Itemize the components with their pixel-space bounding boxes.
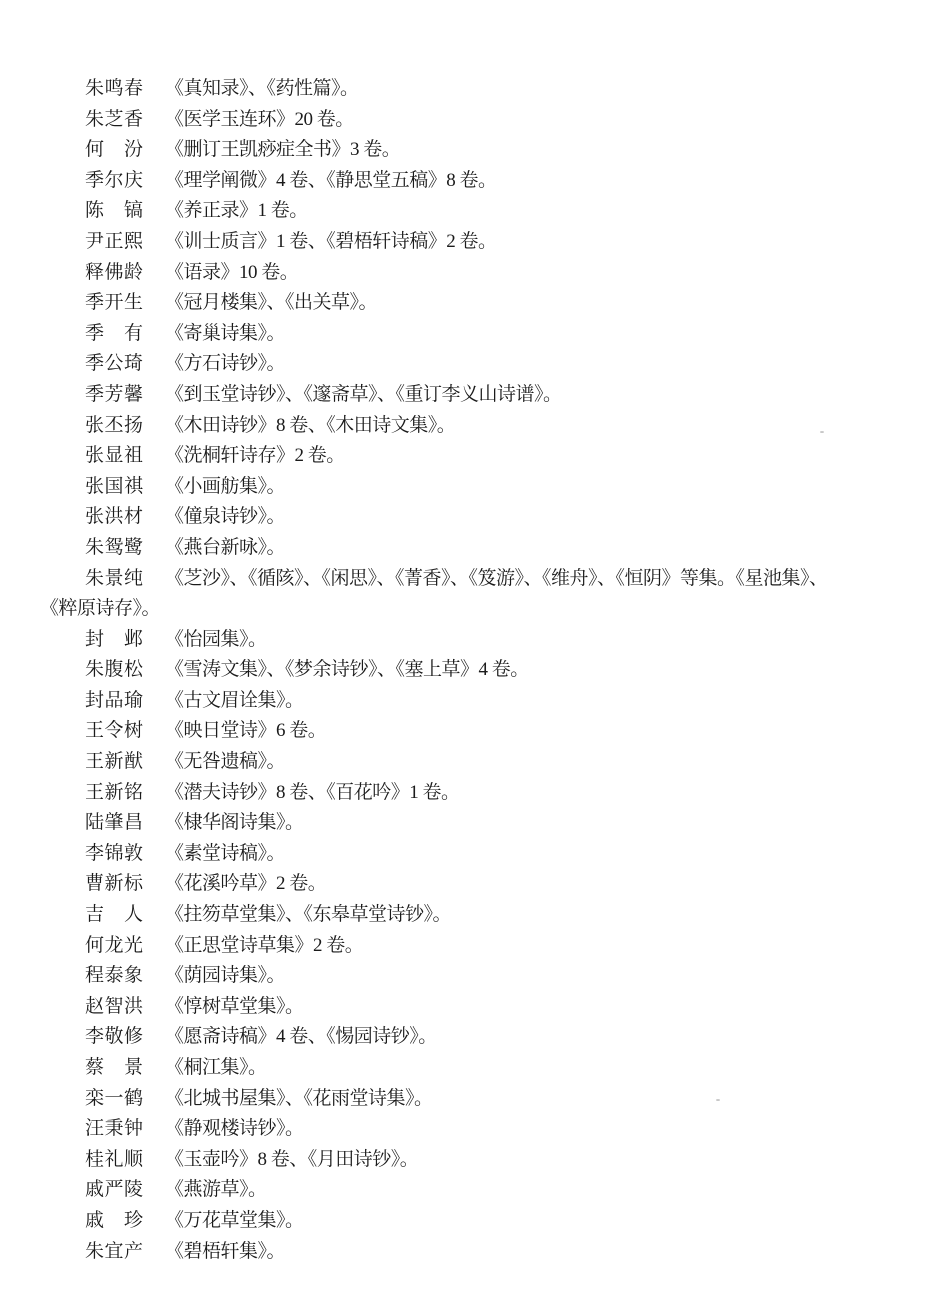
- works-list: 《怡园集》。: [165, 625, 900, 656]
- works-list: 《古文眉诠集》。: [165, 686, 900, 717]
- works-list: 《拄笏草堂集》、《东皋草堂诗钞》。: [165, 900, 900, 931]
- author-name: 张洪材: [40, 502, 165, 533]
- author-name: 尹正熙: [40, 227, 165, 258]
- bibliography-entry: 王新铭 《潜夫诗钞》8 卷、《百花吟》1 卷。: [40, 778, 900, 809]
- bibliography-entry: 季开生 《冠月楼集》、《出关草》。: [40, 288, 900, 319]
- bibliography-entry: 程泰象 《荫园诗集》。: [40, 961, 900, 992]
- author-name: 季尔庆: [40, 166, 165, 197]
- bibliography-entry: 季公琦 《方石诗钞》。: [40, 349, 900, 380]
- bibliography-entry: 李锦敦 《素堂诗稿》。: [40, 839, 900, 870]
- author-name: 戚 珍: [40, 1206, 165, 1237]
- bibliography-entry: 张丕扬 《木田诗钞》8 卷、《木田诗文集》。: [40, 411, 900, 442]
- author-name: 戚严陵: [40, 1175, 165, 1206]
- author-name: 季开生: [40, 288, 165, 319]
- author-name: 王新铭: [40, 778, 165, 809]
- scan-artifact: [716, 1099, 720, 1101]
- works-list: 《到玉堂诗钞》、《邃斋草》、《重订李义山诗谱》。: [165, 380, 900, 411]
- author-name: 季公琦: [40, 349, 165, 380]
- author-name: 何龙光: [40, 931, 165, 962]
- works-list: 《潜夫诗钞》8 卷、《百花吟》1 卷。: [165, 778, 900, 809]
- author-name: 朱鸣春: [40, 74, 165, 105]
- author-name: 何 汾: [40, 135, 165, 166]
- bibliography-entry: 戚 珍 《万花草堂集》。: [40, 1206, 900, 1237]
- bibliography-entry: 朱鸳鹭 《燕台新咏》。: [40, 533, 900, 564]
- works-list: 《寄巢诗集》。: [165, 319, 900, 350]
- bibliography-entry: 季尔庆 《理学阐微》4 卷、《静思堂五稿》8 卷。: [40, 166, 900, 197]
- works-list: 《荫园诗集》。: [165, 961, 900, 992]
- works-list: 《惇树草堂集》。: [165, 992, 900, 1023]
- bibliography-list: 朱鸣春 《真知录》、《药性篇》。 朱芝香 《医学玉连环》20 卷。 何 汾 《删…: [40, 74, 900, 1267]
- bibliography-entry: 栾一鹤 《北城书屋集》、《花雨堂诗集》。: [40, 1084, 900, 1115]
- works-list: 《映日堂诗》6 卷。: [165, 716, 900, 747]
- bibliography-entry: 李敬修 《愿斋诗稿》4 卷、《惕园诗钞》。: [40, 1022, 900, 1053]
- author-name: 张国祺: [40, 472, 165, 503]
- bibliography-entry: 封 邺 《怡园集》。: [40, 625, 900, 656]
- bibliography-entry: 何 汾 《删订王凯痧症全书》3 卷。: [40, 135, 900, 166]
- bibliography-entry: 陆肇昌 《棣华阁诗集》。: [40, 808, 900, 839]
- works-list: 《冠月楼集》、《出关草》。: [165, 288, 900, 319]
- author-name: 朱芝香: [40, 105, 165, 136]
- author-name: 季 有: [40, 319, 165, 350]
- author-name: 陆肇昌: [40, 808, 165, 839]
- works-list: 《棣华阁诗集》。: [165, 808, 900, 839]
- bibliography-entry: 张国祺 《小画舫集》。: [40, 472, 900, 503]
- bibliography-entry: 张显祖 《洗桐轩诗存》2 卷。: [40, 441, 900, 472]
- author-name: 朱鸳鹭: [40, 533, 165, 564]
- bibliography-entry: 张洪材 《僮泉诗钞》。: [40, 502, 900, 533]
- works-list: 《僮泉诗钞》。: [165, 502, 900, 533]
- bibliography-entry: 何龙光 《正思堂诗草集》2 卷。: [40, 931, 900, 962]
- author-name: 程泰象: [40, 961, 165, 992]
- bibliography-entry: 王令树 《映日堂诗》6 卷。: [40, 716, 900, 747]
- works-list: 《无咎遗稿》。: [165, 747, 900, 778]
- bibliography-entry: 曹新标 《花溪吟草》2 卷。: [40, 869, 900, 900]
- works-list: 《训士质言》1 卷、《碧梧轩诗稿》2 卷。: [165, 227, 900, 258]
- bibliography-entry: 赵智洪 《惇树草堂集》。: [40, 992, 900, 1023]
- bibliography-entry: 朱宜产 《碧梧轩集》。: [40, 1237, 900, 1268]
- author-name: 释佛龄: [40, 258, 165, 289]
- works-list: 《洗桐轩诗存》2 卷。: [165, 441, 900, 472]
- author-name: 李锦敦: [40, 839, 165, 870]
- works-list: 《木田诗钞》8 卷、《木田诗文集》。: [165, 411, 900, 442]
- author-name: 赵智洪: [40, 992, 165, 1023]
- author-name: 朱腹松: [40, 655, 165, 686]
- works-list: 《北城书屋集》、《花雨堂诗集》。: [165, 1084, 900, 1115]
- works-list: 《正思堂诗草集》2 卷。: [165, 931, 900, 962]
- bibliography-entry: 朱鸣春 《真知录》、《药性篇》。: [40, 74, 900, 105]
- works-list: 《素堂诗稿》。: [165, 839, 900, 870]
- author-name: 曹新标: [40, 869, 165, 900]
- works-list: 《静观楼诗钞》。: [165, 1114, 900, 1145]
- bibliography-entry: 季芳馨 《到玉堂诗钞》、《邃斋草》、《重订李义山诗谱》。: [40, 380, 900, 411]
- bibliography-entry: 吉 人 《拄笏草堂集》、《东皋草堂诗钞》。: [40, 900, 900, 931]
- bibliography-entry: 季 有 《寄巢诗集》。: [40, 319, 900, 350]
- bibliography-entry: 戚严陵 《燕游草》。: [40, 1175, 900, 1206]
- works-list: 《小画舫集》。: [165, 472, 900, 503]
- works-list: 《方石诗钞》。: [165, 349, 900, 380]
- bibliography-entry: 朱芝香 《医学玉连环》20 卷。: [40, 105, 900, 136]
- works-list: 《芝沙》、《循陔》、《闲思》、《菁香》、《笈游》、《维舟》、《恒阴》等集。《星池…: [165, 564, 900, 595]
- author-name: 张显祖: [40, 441, 165, 472]
- bibliography-entry: 王新猷 《无咎遗稿》。: [40, 747, 900, 778]
- works-list: 《删订王凯痧症全书》3 卷。: [165, 135, 900, 166]
- author-name: 桂礼顺: [40, 1145, 165, 1176]
- bibliography-entry: 释佛龄 《语录》10 卷。: [40, 258, 900, 289]
- bibliography-entry: 朱腹松 《雪涛文集》、《梦余诗钞》、《塞上草》4 卷。: [40, 655, 900, 686]
- works-list: 《语录》10 卷。: [165, 258, 900, 289]
- bibliography-entry: 陈 镐 《养正录》1 卷。: [40, 196, 900, 227]
- author-name: 张丕扬: [40, 411, 165, 442]
- bibliography-entry: 朱景纯 《芝沙》、《循陔》、《闲思》、《菁香》、《笈游》、《维舟》、《恒阴》等集…: [40, 564, 900, 595]
- bibliography-entry: 汪秉钟 《静观楼诗钞》。: [40, 1114, 900, 1145]
- author-name: 栾一鹤: [40, 1084, 165, 1115]
- works-list: 《燕台新咏》。: [165, 533, 900, 564]
- works-list: 《理学阐微》4 卷、《静思堂五稿》8 卷。: [165, 166, 900, 197]
- scan-artifact: [820, 431, 824, 433]
- works-list: 《万花草堂集》。: [165, 1206, 900, 1237]
- author-name: 陈 镐: [40, 196, 165, 227]
- author-name: 封品瑜: [40, 686, 165, 717]
- works-list: 《碧梧轩集》。: [165, 1237, 900, 1268]
- works-list: 《玉壶吟》8 卷、《月田诗钞》。: [165, 1145, 900, 1176]
- author-name: 汪秉钟: [40, 1114, 165, 1145]
- author-name: 季芳馨: [40, 380, 165, 411]
- works-list: 《雪涛文集》、《梦余诗钞》、《塞上草》4 卷。: [165, 655, 900, 686]
- bibliography-entry: 尹正熙 《训士质言》1 卷、《碧梧轩诗稿》2 卷。: [40, 227, 900, 258]
- author-name: 蔡 景: [40, 1053, 165, 1084]
- works-list: 《医学玉连环》20 卷。: [165, 105, 900, 136]
- author-name: 王令树: [40, 716, 165, 747]
- document-page: 朱鸣春 《真知录》、《药性篇》。 朱芝香 《医学玉连环》20 卷。 何 汾 《删…: [0, 0, 930, 1305]
- bibliography-entry: 封品瑜 《古文眉诠集》。: [40, 686, 900, 717]
- works-list: 《燕游草》。: [165, 1175, 900, 1206]
- author-name: 朱景纯: [40, 564, 165, 595]
- author-name: 封 邺: [40, 625, 165, 656]
- works-list: 《花溪吟草》2 卷。: [165, 869, 900, 900]
- author-name: 李敬修: [40, 1022, 165, 1053]
- works-list: 《真知录》、《药性篇》。: [165, 74, 900, 105]
- works-continuation-line: 《粹原诗存》。: [40, 594, 900, 625]
- author-name: 朱宜产: [40, 1237, 165, 1268]
- author-name: 王新猷: [40, 747, 165, 778]
- works-list: 《养正录》1 卷。: [165, 196, 900, 227]
- works-list: 《桐江集》。: [165, 1053, 900, 1084]
- bibliography-entry: 桂礼顺 《玉壶吟》8 卷、《月田诗钞》。: [40, 1145, 900, 1176]
- bibliography-entry: 蔡 景 《桐江集》。: [40, 1053, 900, 1084]
- author-name: 吉 人: [40, 900, 165, 931]
- works-list: 《愿斋诗稿》4 卷、《惕园诗钞》。: [165, 1022, 900, 1053]
